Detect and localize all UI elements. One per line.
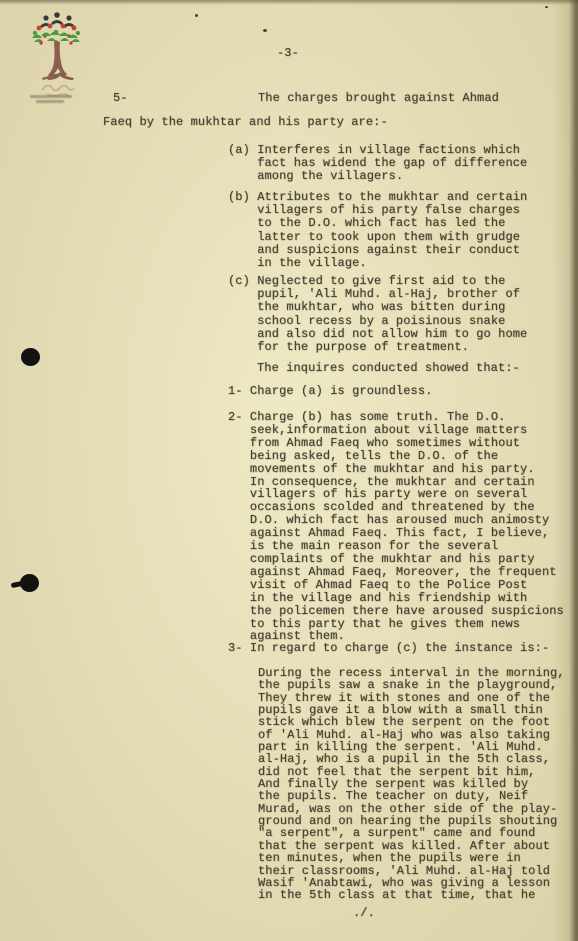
heading-line-2: Faeq by the mukhtar and his party are:-	[103, 115, 388, 129]
page-number: -3-	[277, 46, 299, 60]
charge-c: (c) Neglected to give first aid to the p…	[228, 275, 527, 354]
ink-speck	[545, 6, 548, 8]
finding-1: 1- Charge (a) is groundless.	[228, 385, 432, 398]
item-number: 5-	[113, 91, 128, 105]
continuation-mark: ./.	[353, 906, 375, 920]
logo-caption-line	[36, 100, 64, 103]
narrative-paragraph: During the recess interval in the mornin…	[258, 667, 565, 902]
ink-speck	[263, 29, 267, 32]
logo-caption-line	[30, 95, 72, 98]
finding-2: 2- Charge (b) has some truth. The D.O. s…	[228, 411, 564, 643]
inquiry-intro: The inquires conducted showed that:-	[257, 361, 520, 375]
heading-line-1: The charges brought against Ahmad	[258, 91, 499, 105]
document-page: -3- 5- The charges brought against Ahmad…	[0, 0, 578, 941]
charge-b: (b) Attributes to the mukhtar and certai…	[228, 191, 527, 270]
punch-hole-mark	[21, 348, 40, 366]
ink-speck	[195, 14, 198, 17]
finding-3: 3- In regard to charge (c) the instance …	[228, 642, 549, 655]
charge-a: (a) Interferes in village factions which…	[228, 144, 527, 184]
